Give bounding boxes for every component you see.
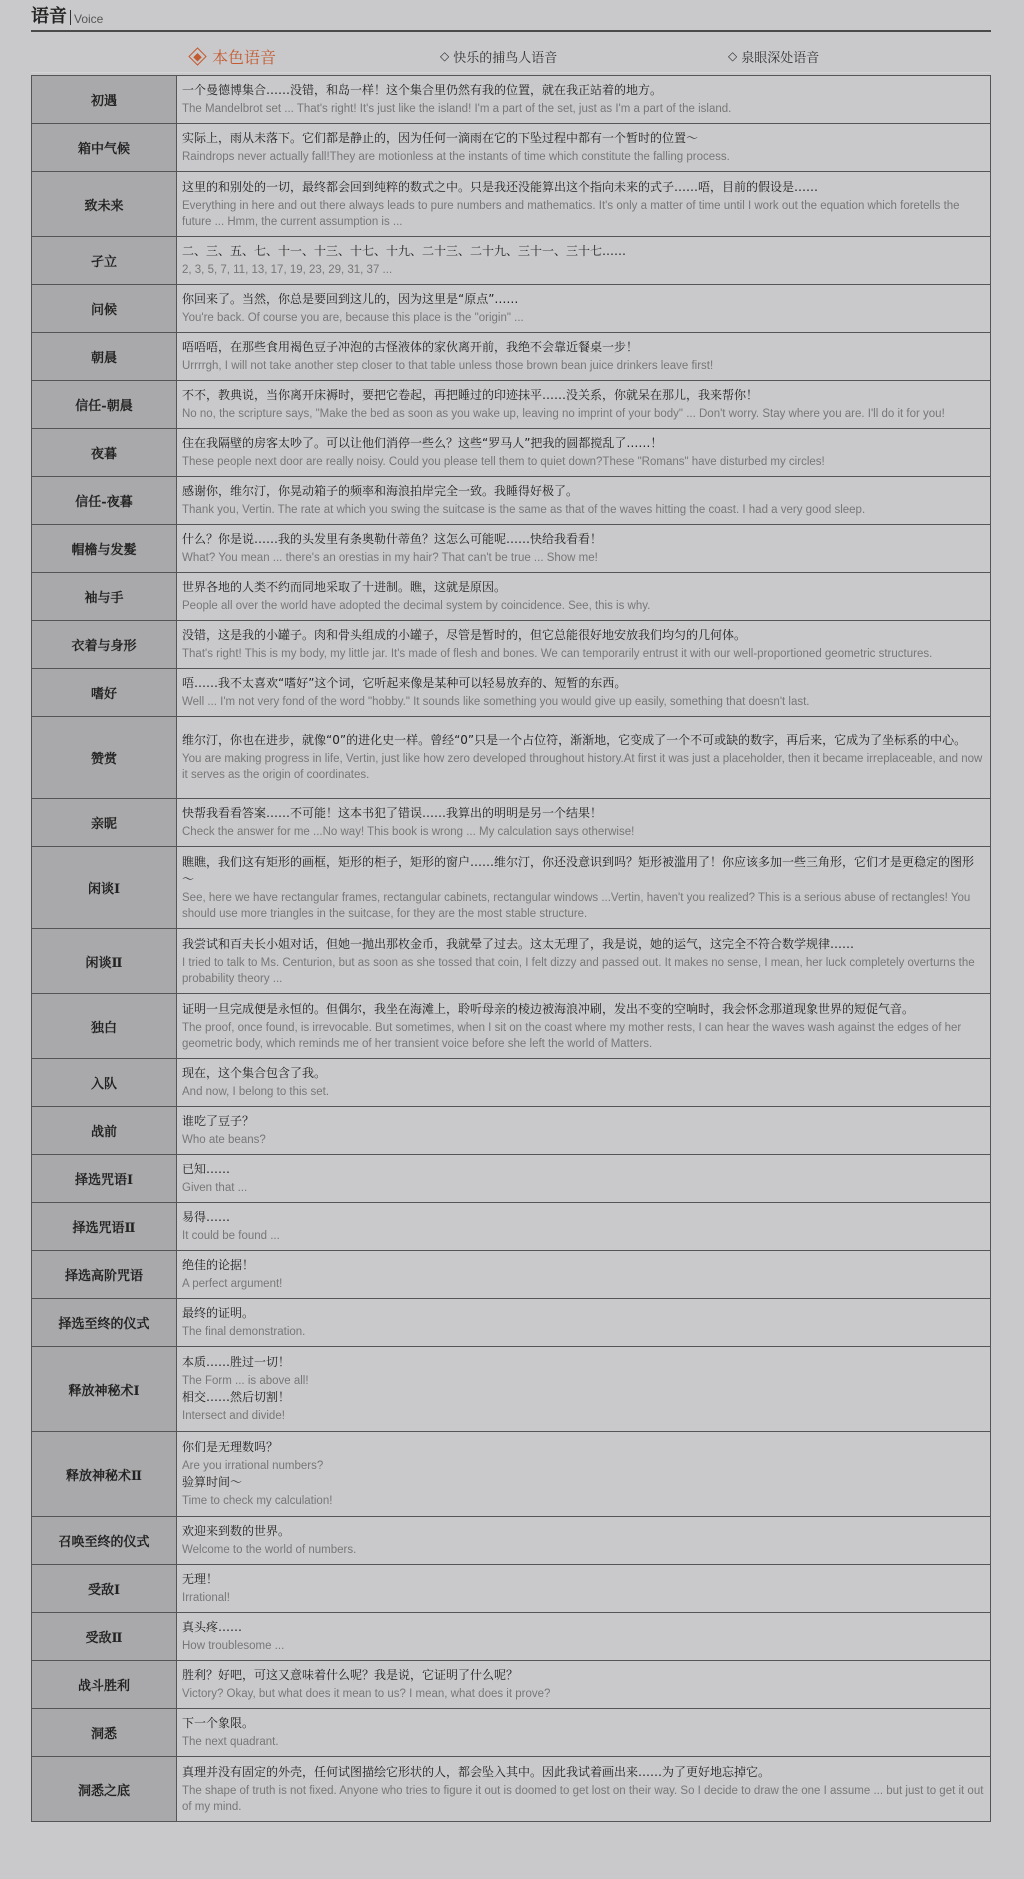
voice-line-content: 住在我隔壁的房客太吵了。可以让他们消停一些么？这些“罗马人”把我的圆都搅乱了……… [177, 429, 991, 477]
voice-line-content: 唔……我不太喜欢“嗜好”这个词，它听起来像是某种可以轻易放弃的、短暂的东西。We… [177, 669, 991, 717]
voice-line-title: 择选咒语Ⅰ [32, 1155, 177, 1203]
voice-line-pair: 胜利？好吧，可这又意味着什么呢？我是说，它证明了什么呢？Victory? Oka… [182, 1667, 984, 1702]
voice-line-english: You're back. Of course you are, because … [182, 310, 984, 326]
voice-row: 衣着与身形没错，这是我的小罐子。肉和骨头组成的小罐子，尽管是暂时的，但它总能很好… [32, 621, 991, 669]
voice-line-content: 快帮我看看答案……不可能！这本书犯了错误……我算出的明明是另一个结果！Check… [177, 799, 991, 847]
voice-row: 召唤至终的仪式欢迎来到数的世界。Welcome to the world of … [32, 1517, 991, 1565]
voice-line-content: 下一个象限。The next quadrant. [177, 1709, 991, 1757]
voice-line-title: 洞悉之底 [32, 1757, 177, 1822]
voice-line-english: Everything in here and out there always … [182, 198, 984, 230]
voice-row: 袖与手世界各地的人类不约而同地采取了十进制。瞧，这就是原因。People all… [32, 573, 991, 621]
voice-row: 闲谈Ⅱ我尝试和百夫长小姐对话，但她一抛出那枚金币，我就晕了过去。这太无理了，我是… [32, 929, 991, 994]
voice-line-english: Thank you, Vertin. The rate at which you… [182, 502, 984, 518]
voice-line-english: Welcome to the world of numbers. [182, 1542, 984, 1558]
voice-line-content: 一个曼德博集合……没错，和岛一样！这个集合里仍然有我的位置，就在我正站着的地方。… [177, 76, 991, 124]
voice-line-chinese: 唔……我不太喜欢“嗜好”这个词，它听起来像是某种可以轻易放弃的、短暂的东西。 [182, 675, 984, 692]
voice-line-title: 嗜好 [32, 669, 177, 717]
voice-line-chinese: 易得…… [182, 1209, 984, 1226]
voice-row: 孑立二、三、五、七、十一、十三、十七、十九、二十三、二十九、三十一、三十七……2… [32, 237, 991, 285]
voice-row: 择选咒语Ⅰ已知……Given that ... [32, 1155, 991, 1203]
voice-line-english: I tried to talk to Ms. Centurion, but as… [182, 955, 984, 987]
voice-line-content: 维尔汀，你也在进步，就像“0”的进化史一样。曾经“0”只是一个占位符，渐渐地，它… [177, 717, 991, 799]
section-header: 语音 Voice [31, 4, 991, 32]
voice-line-content: 欢迎来到数的世界。Welcome to the world of numbers… [177, 1517, 991, 1565]
voice-line-pair: 实际上，雨从未落下。它们都是静止的，因为任何一滴雨在它的下坠过程中都有一个暂时的… [182, 130, 984, 165]
voice-row: 独白证明一旦完成便是永恒的。但偶尔，我坐在海滩上，聆听母亲的棱边被海浪冲刷，发出… [32, 994, 991, 1059]
voice-line-content: 什么？你是说……我的头发里有条奥勒什蒂鱼？这怎么可能呢……快给我看看！What?… [177, 525, 991, 573]
voice-line-pair: 真头疼……How troublesome ... [182, 1619, 984, 1654]
voice-line-pair: 你回来了。当然，你总是要回到这儿的，因为这里是“原点”……You're back… [182, 291, 984, 326]
voice-line-pair: 什么？你是说……我的头发里有条奥勒什蒂鱼？这怎么可能呢……快给我看看！What?… [182, 531, 984, 566]
voice-line-chinese: 我尝试和百夫长小姐对话，但她一抛出那枚金币，我就晕了过去。这太无理了，我是说，她… [182, 936, 984, 953]
voice-line-pair: 最终的证明。The final demonstration. [182, 1305, 984, 1340]
voice-line-pair: 验算时间～Time to check my calculation! [182, 1474, 984, 1509]
voice-line-english: That's right! This is my body, my little… [182, 646, 984, 662]
voice-row: 夜暮住在我隔壁的房客太吵了。可以让他们消停一些么？这些“罗马人”把我的圆都搅乱了… [32, 429, 991, 477]
voice-line-pair: 欢迎来到数的世界。Welcome to the world of numbers… [182, 1523, 984, 1558]
voice-line-pair: 无理！Irrational! [182, 1571, 984, 1606]
voice-line-content: 胜利？好吧，可这又意味着什么呢？我是说，它证明了什么呢？Victory? Oka… [177, 1661, 991, 1709]
voice-line-content: 谁吃了豆子？Who ate beans? [177, 1107, 991, 1155]
voice-line-chinese: 下一个象限。 [182, 1715, 984, 1732]
voice-line-pair: 住在我隔壁的房客太吵了。可以让他们消停一些么？这些“罗马人”把我的圆都搅乱了……… [182, 435, 984, 470]
voice-line-content: 现在，这个集合包含了我。And now, I belong to this se… [177, 1059, 991, 1107]
voice-line-content: 已知……Given that ... [177, 1155, 991, 1203]
voice-row: 朝晨唔唔唔，在那些食用褐色豆子冲泡的古怪液体的家伙离开前，我绝不会靠近餐桌一步！… [32, 333, 991, 381]
voice-line-chinese: 唔唔唔，在那些食用褐色豆子冲泡的古怪液体的家伙离开前，我绝不会靠近餐桌一步！ [182, 339, 984, 356]
voice-line-chinese: 实际上，雨从未落下。它们都是静止的，因为任何一滴雨在它的下坠过程中都有一个暂时的… [182, 130, 984, 147]
voice-line-title: 衣着与身形 [32, 621, 177, 669]
voice-line-chinese: 欢迎来到数的世界。 [182, 1523, 984, 1540]
voice-line-content: 我尝试和百夫长小姐对话，但她一抛出那枚金币，我就晕了过去。这太无理了，我是说，她… [177, 929, 991, 994]
voice-row: 释放神秘术Ⅰ本质……胜过一切！The Form ... is above all… [32, 1347, 991, 1432]
voice-line-pair: 真理并没有固定的外壳，任何试图描绘它形状的人，都会坠入其中。因此我试着画出来……… [182, 1764, 984, 1815]
voice-line-content: 真理并没有固定的外壳，任何试图描绘它形状的人，都会坠入其中。因此我试着画出来……… [177, 1757, 991, 1822]
voice-row: 战斗胜利胜利？好吧，可这又意味着什么呢？我是说，它证明了什么呢？Victory?… [32, 1661, 991, 1709]
voice-line-title: 赞赏 [32, 717, 177, 799]
voice-line-chinese: 验算时间～ [182, 1474, 984, 1491]
voice-line-title: 信任-朝晨 [32, 381, 177, 429]
voice-row: 洞悉下一个象限。The next quadrant. [32, 1709, 991, 1757]
voice-line-english: Urrrrgh, I will not take another step cl… [182, 358, 984, 374]
voice-line-content: 绝佳的论据！A perfect argument! [177, 1251, 991, 1299]
voice-line-title: 箱中气候 [32, 124, 177, 172]
voice-line-title: 信任-夜暮 [32, 477, 177, 525]
voice-line-chinese: 一个曼德博集合……没错，和岛一样！这个集合里仍然有我的位置，就在我正站着的地方。 [182, 82, 984, 99]
tab-label: 本色语音 [212, 45, 276, 68]
tab-birdcatcher-voice[interactable]: ◇ 快乐的捕鸟人语音 [440, 42, 557, 70]
voice-line-chinese: 这里的和别处的一切，最终都会回到纯粹的数式之中。只是我还没能算出这个指向未来的式… [182, 179, 984, 196]
voice-row: 问候你回来了。当然，你总是要回到这儿的，因为这里是“原点”……You're ba… [32, 285, 991, 333]
voice-line-title: 致未来 [32, 172, 177, 237]
voice-line-chinese: 你们是无理数吗？ [182, 1439, 984, 1456]
voice-line-english: Well ... I'm not very fond of the word "… [182, 694, 984, 710]
voice-line-title: 闲谈Ⅱ [32, 929, 177, 994]
voice-line-english: These people next door are really noisy.… [182, 454, 984, 470]
voice-line-english: Check the answer for me ...No way! This … [182, 824, 984, 840]
voice-line-pair: 本质……胜过一切！The Form ... is above all! [182, 1354, 984, 1389]
voice-line-english: No no, the scripture says, "Make the bed… [182, 406, 984, 422]
voice-line-pair: 易得……It could be found ... [182, 1209, 984, 1244]
voice-row: 战前谁吃了豆子？Who ate beans? [32, 1107, 991, 1155]
voice-line-chinese: 已知…… [182, 1161, 984, 1178]
voice-line-english: The proof, once found, is irrevocable. B… [182, 1020, 984, 1052]
voice-line-english: Who ate beans? [182, 1132, 984, 1148]
voice-line-chinese: 什么？你是说……我的头发里有条奥勒什蒂鱼？这怎么可能呢……快给我看看！ [182, 531, 984, 548]
tab-label: 泉眼深处语音 [741, 47, 819, 66]
voice-line-title: 洞悉 [32, 1709, 177, 1757]
voice-line-content: 不不，教典说，当你离开床褥时，要把它卷起，再把睡过的印迹抹平……没关系，你就呆在… [177, 381, 991, 429]
voice-line-english: Given that ... [182, 1180, 984, 1196]
voice-line-chinese: 最终的证明。 [182, 1305, 984, 1322]
voice-line-title: 帽檐与发髮 [32, 525, 177, 573]
voice-line-pair: 绝佳的论据！A perfect argument! [182, 1257, 984, 1292]
voice-line-title: 问候 [32, 285, 177, 333]
voice-line-english: It could be found ... [182, 1228, 984, 1244]
tabs-divider [31, 72, 991, 73]
voice-line-title: 闲谈Ⅰ [32, 847, 177, 929]
voice-line-chinese: 感谢你，维尔汀，你晃动箱子的频率和海浪拍岸完全一致。我睡得好极了。 [182, 483, 984, 500]
voice-line-content: 唔唔唔，在那些食用褐色豆子冲泡的古怪液体的家伙离开前，我绝不会靠近餐桌一步！Ur… [177, 333, 991, 381]
voice-line-content: 真头疼……How troublesome ... [177, 1613, 991, 1661]
voice-line-pair: 维尔汀，你也在进步，就像“0”的进化史一样。曾经“0”只是一个占位符，渐渐地，它… [182, 732, 984, 783]
voice-line-content: 世界各地的人类不约而同地采取了十进制。瞧，这就是原因。People all ov… [177, 573, 991, 621]
section-subtitle: Voice [74, 10, 103, 28]
voice-line-title: 择选咒语Ⅱ [32, 1203, 177, 1251]
voice-line-pair: 没错，这是我的小罐子。肉和骨头组成的小罐子，尽管是暂时的，但它总能很好地安放我们… [182, 627, 984, 662]
voice-row: 闲谈Ⅰ瞧瞧，我们这有矩形的画框，矩形的柜子，矩形的窗户……维尔汀，你还没意识到吗… [32, 847, 991, 929]
voice-line-chinese: 胜利？好吧，可这又意味着什么呢？我是说，它证明了什么呢？ [182, 1667, 984, 1684]
voice-line-title: 召唤至终的仪式 [32, 1517, 177, 1565]
voice-row: 释放神秘术Ⅱ你们是无理数吗？Are you irrational numbers… [32, 1432, 991, 1517]
voice-line-chinese: 瞧瞧，我们这有矩形的画框，矩形的柜子，矩形的窗户……维尔汀，你还没意识到吗？矩形… [182, 854, 984, 888]
voice-line-chinese: 本质……胜过一切！ [182, 1354, 984, 1371]
voice-line-content: 你回来了。当然，你总是要回到这儿的，因为这里是“原点”……You're back… [177, 285, 991, 333]
tab-spring-voice[interactable]: ◇ 泉眼深处语音 [728, 42, 819, 70]
voice-row: 入队现在，这个集合包含了我。And now, I belong to this … [32, 1059, 991, 1107]
voice-line-content: 二、三、五、七、十一、十三、十七、十九、二十三、二十九、三十一、三十七……2, … [177, 237, 991, 285]
tab-default-voice[interactable]: 本色语音 [189, 42, 276, 70]
voice-line-title: 受敌Ⅱ [32, 1613, 177, 1661]
voice-line-pair: 感谢你，维尔汀，你晃动箱子的频率和海浪拍岸完全一致。我睡得好极了。Thank y… [182, 483, 984, 518]
voice-line-chinese: 绝佳的论据！ [182, 1257, 984, 1274]
voice-line-content: 瞧瞧，我们这有矩形的画框，矩形的柜子，矩形的窗户……维尔汀，你还没意识到吗？矩形… [177, 847, 991, 929]
voice-row: 赞赏维尔汀，你也在进步，就像“0”的进化史一样。曾经“0”只是一个占位符，渐渐地… [32, 717, 991, 799]
voice-line-pair: 二、三、五、七、十一、十三、十七、十九、二十三、二十九、三十一、三十七……2, … [182, 243, 984, 278]
voice-line-title: 袖与手 [32, 573, 177, 621]
voice-line-chinese: 二、三、五、七、十一、十三、十七、十九、二十三、二十九、三十一、三十七…… [182, 243, 984, 260]
voice-line-pair: 快帮我看看答案……不可能！这本书犯了错误……我算出的明明是另一个结果！Check… [182, 805, 984, 840]
section-title: 语音 [31, 6, 67, 28]
voice-line-title: 入队 [32, 1059, 177, 1107]
voice-line-pair: 相交……然后切割！Intersect and divide! [182, 1389, 984, 1424]
voice-line-pair: 谁吃了豆子？Who ate beans? [182, 1113, 984, 1148]
voice-line-title: 初遇 [32, 76, 177, 124]
voice-line-pair: 这里的和别处的一切，最终都会回到纯粹的数式之中。只是我还没能算出这个指向未来的式… [182, 179, 984, 230]
voice-line-chinese: 证明一旦完成便是永恒的。但偶尔，我坐在海滩上，聆听母亲的棱边被海浪冲刷，发出不变… [182, 1001, 984, 1018]
voice-line-english: Irrational! [182, 1590, 984, 1606]
voice-line-pair: 已知……Given that ... [182, 1161, 984, 1196]
voice-line-content: 实际上，雨从未落下。它们都是静止的，因为任何一滴雨在它的下坠过程中都有一个暂时的… [177, 124, 991, 172]
voice-line-chinese: 维尔汀，你也在进步，就像“0”的进化史一样。曾经“0”只是一个占位符，渐渐地，它… [182, 732, 984, 749]
voice-line-english: The final demonstration. [182, 1324, 984, 1340]
voice-row: 择选咒语Ⅱ易得……It could be found ... [32, 1203, 991, 1251]
voice-row: 亲昵快帮我看看答案……不可能！这本书犯了错误……我算出的明明是另一个结果！Che… [32, 799, 991, 847]
voice-line-chinese: 没错，这是我的小罐子。肉和骨头组成的小罐子，尽管是暂时的，但它总能很好地安放我们… [182, 627, 984, 644]
voice-line-chinese: 快帮我看看答案……不可能！这本书犯了错误……我算出的明明是另一个结果！ [182, 805, 984, 822]
diamond-filled-icon [188, 47, 206, 65]
voice-line-pair: 一个曼德博集合……没错，和岛一样！这个集合里仍然有我的位置，就在我正站着的地方。… [182, 82, 984, 117]
voice-line-content: 这里的和别处的一切，最终都会回到纯粹的数式之中。只是我还没能算出这个指向未来的式… [177, 172, 991, 237]
voice-line-chinese: 相交……然后切割！ [182, 1389, 984, 1406]
voice-row: 择选高阶咒语绝佳的论据！A perfect argument! [32, 1251, 991, 1299]
voice-line-chinese: 不不，教典说，当你离开床褥时，要把它卷起，再把睡过的印迹抹平……没关系，你就呆在… [182, 387, 984, 404]
voice-line-english: Victory? Okay, but what does it mean to … [182, 1686, 984, 1702]
voice-line-pair: 唔唔唔，在那些食用褐色豆子冲泡的古怪液体的家伙离开前，我绝不会靠近餐桌一步！Ur… [182, 339, 984, 374]
voice-row: 致未来这里的和别处的一切，最终都会回到纯粹的数式之中。只是我还没能算出这个指向未… [32, 172, 991, 237]
voice-line-chinese: 真理并没有固定的外壳，任何试图描绘它形状的人，都会坠入其中。因此我试着画出来……… [182, 1764, 984, 1781]
voice-line-pair: 瞧瞧，我们这有矩形的画框，矩形的柜子，矩形的窗户……维尔汀，你还没意识到吗？矩形… [182, 854, 984, 922]
voice-line-english: A perfect argument! [182, 1276, 984, 1292]
voice-line-title: 战斗胜利 [32, 1661, 177, 1709]
voice-line-content: 你们是无理数吗？Are you irrational numbers?验算时间～… [177, 1432, 991, 1517]
voice-line-english: The next quadrant. [182, 1734, 984, 1750]
voice-line-chinese: 你回来了。当然，你总是要回到这儿的，因为这里是“原点”…… [182, 291, 984, 308]
voice-line-pair: 世界各地的人类不约而同地采取了十进制。瞧，这就是原因。People all ov… [182, 579, 984, 614]
voice-row: 受敌Ⅰ无理！Irrational! [32, 1565, 991, 1613]
tab-label: 快乐的捕鸟人语音 [453, 47, 557, 66]
voice-row: 信任-夜暮感谢你，维尔汀，你晃动箱子的频率和海浪拍岸完全一致。我睡得好极了。Th… [32, 477, 991, 525]
voice-line-content: 没错，这是我的小罐子。肉和骨头组成的小罐子，尽管是暂时的，但它总能很好地安放我们… [177, 621, 991, 669]
voice-line-title: 夜暮 [32, 429, 177, 477]
voice-line-chinese: 世界各地的人类不约而同地采取了十进制。瞧，这就是原因。 [182, 579, 984, 596]
voice-line-english: You are making progress in life, Vertin,… [182, 751, 984, 783]
voice-line-pair: 我尝试和百夫长小姐对话，但她一抛出那枚金币，我就晕了过去。这太无理了，我是说，她… [182, 936, 984, 987]
voice-line-content: 证明一旦完成便是永恒的。但偶尔，我坐在海滩上，聆听母亲的棱边被海浪冲刷，发出不变… [177, 994, 991, 1059]
voice-row: 信任-朝晨不不，教典说，当你离开床褥时，要把它卷起，再把睡过的印迹抹平……没关系… [32, 381, 991, 429]
voice-line-content: 易得……It could be found ... [177, 1203, 991, 1251]
voice-line-english: Raindrops never actually fall!They are m… [182, 149, 984, 165]
voice-line-title: 孑立 [32, 237, 177, 285]
voice-line-english: The Mandelbrot set ... That's right! It'… [182, 101, 984, 117]
diamond-outline-icon: ◇ [728, 49, 737, 63]
voice-line-content: 无理！Irrational! [177, 1565, 991, 1613]
voice-row: 洞悉之底真理并没有固定的外壳，任何试图描绘它形状的人，都会坠入其中。因此我试着画… [32, 1757, 991, 1822]
voice-line-chinese: 谁吃了豆子？ [182, 1113, 984, 1130]
voice-row: 帽檐与发髮什么？你是说……我的头发里有条奥勒什蒂鱼？这怎么可能呢……快给我看看！… [32, 525, 991, 573]
voice-line-chinese: 真头疼…… [182, 1619, 984, 1636]
voice-line-chinese: 现在，这个集合包含了我。 [182, 1065, 984, 1082]
voice-line-english: See, here we have rectangular frames, re… [182, 890, 984, 922]
voice-line-english: How troublesome ... [182, 1638, 984, 1654]
voice-row: 箱中气候实际上，雨从未落下。它们都是静止的，因为任何一滴雨在它的下坠过程中都有一… [32, 124, 991, 172]
diamond-outline-icon: ◇ [440, 49, 449, 63]
voice-line-title: 择选高阶咒语 [32, 1251, 177, 1299]
voice-line-english: The Form ... is above all! [182, 1373, 984, 1389]
voice-row: 初遇一个曼德博集合……没错，和岛一样！这个集合里仍然有我的位置，就在我正站着的地… [32, 76, 991, 124]
voice-line-title: 战前 [32, 1107, 177, 1155]
voice-line-content: 最终的证明。The final demonstration. [177, 1299, 991, 1347]
voice-line-title: 释放神秘术Ⅱ [32, 1432, 177, 1517]
voice-tabs: 本色语音 ◇ 快乐的捕鸟人语音 ◇ 泉眼深处语音 [31, 40, 991, 70]
voice-line-english: Intersect and divide! [182, 1408, 984, 1424]
voice-line-english: Are you irrational numbers? [182, 1458, 984, 1474]
voice-line-content: 感谢你，维尔汀，你晃动箱子的频率和海浪拍岸完全一致。我睡得好极了。Thank y… [177, 477, 991, 525]
voice-line-pair: 你们是无理数吗？Are you irrational numbers? [182, 1439, 984, 1474]
voice-line-english: Time to check my calculation! [182, 1493, 984, 1509]
voice-line-pair: 不不，教典说，当你离开床褥时，要把它卷起，再把睡过的印迹抹平……没关系，你就呆在… [182, 387, 984, 422]
voice-line-english: 2, 3, 5, 7, 11, 13, 17, 19, 23, 29, 31, … [182, 262, 984, 278]
voice-line-title: 释放神秘术Ⅰ [32, 1347, 177, 1432]
voice-line-pair: 证明一旦完成便是永恒的。但偶尔，我坐在海滩上，聆听母亲的棱边被海浪冲刷，发出不变… [182, 1001, 984, 1052]
voice-row: 嗜好唔……我不太喜欢“嗜好”这个词，它听起来像是某种可以轻易放弃的、短暂的东西。… [32, 669, 991, 717]
voice-line-title: 独白 [32, 994, 177, 1059]
title-divider [70, 10, 71, 25]
voice-row: 受敌Ⅱ真头疼……How troublesome ... [32, 1613, 991, 1661]
voice-line-title: 亲昵 [32, 799, 177, 847]
voice-line-title: 择选至终的仪式 [32, 1299, 177, 1347]
voice-line-chinese: 住在我隔壁的房客太吵了。可以让他们消停一些么？这些“罗马人”把我的圆都搅乱了……… [182, 435, 984, 452]
voice-line-english: And now, I belong to this set. [182, 1084, 984, 1100]
voice-line-english: What? You mean ... there's an orestias i… [182, 550, 984, 566]
voice-line-english: People all over the world have adopted t… [182, 598, 984, 614]
voice-line-english: The shape of truth is not fixed. Anyone … [182, 1783, 984, 1815]
voice-line-content: 本质……胜过一切！The Form ... is above all!相交……然… [177, 1347, 991, 1432]
voice-line-pair: 现在，这个集合包含了我。And now, I belong to this se… [182, 1065, 984, 1100]
voice-row: 择选至终的仪式最终的证明。The final demonstration. [32, 1299, 991, 1347]
voice-lines-table: 初遇一个曼德博集合……没错，和岛一样！这个集合里仍然有我的位置，就在我正站着的地… [31, 75, 991, 1822]
voice-line-title: 受敌Ⅰ [32, 1565, 177, 1613]
voice-line-pair: 唔……我不太喜欢“嗜好”这个词，它听起来像是某种可以轻易放弃的、短暂的东西。We… [182, 675, 984, 710]
voice-line-title: 朝晨 [32, 333, 177, 381]
voice-line-pair: 下一个象限。The next quadrant. [182, 1715, 984, 1750]
voice-line-chinese: 无理！ [182, 1571, 984, 1588]
